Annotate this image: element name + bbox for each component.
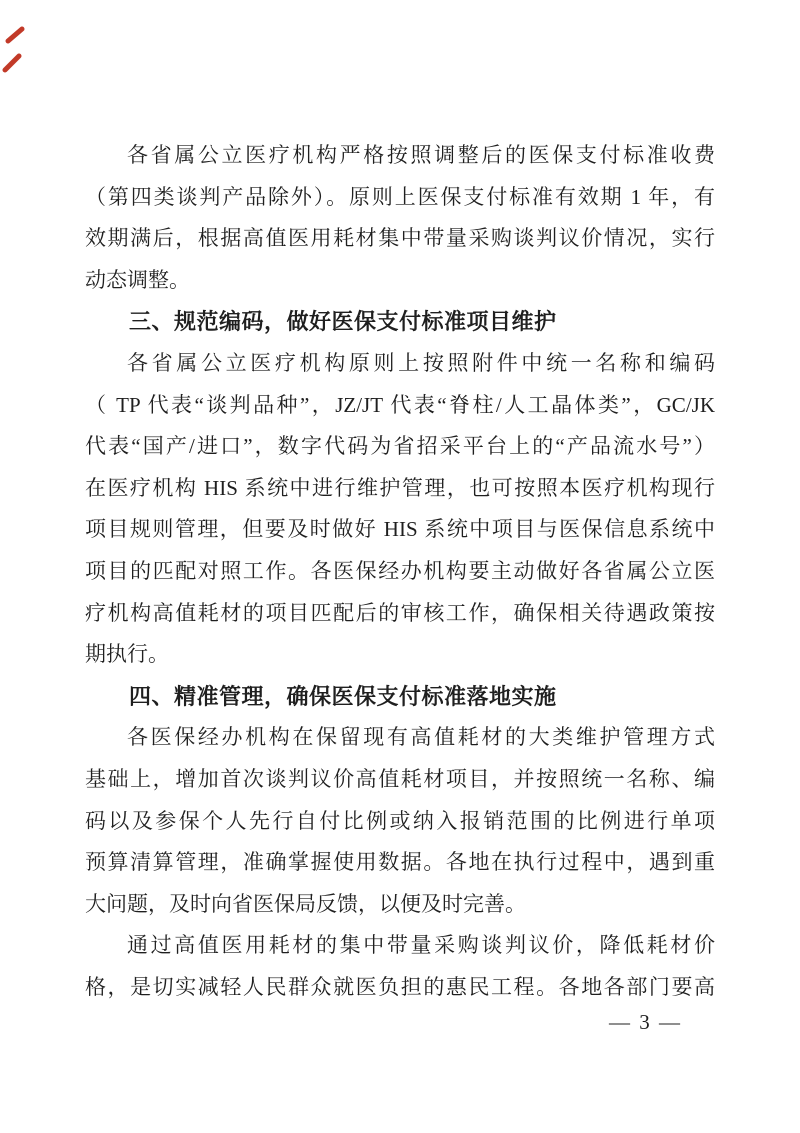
document-page: 各省属公立医疗机构严格按照调整后的医保支付标准收费（第四类谈判产品除外）。原则上… (0, 0, 800, 1133)
text-line: 各省属公立医疗机构原则上按照附件中统一名称和编码 (85, 343, 715, 385)
document-body: 各省属公立医疗机构严格按照调整后的医保支付标准收费（第四类谈判产品除外）。原则上… (85, 135, 715, 1008)
red-stamp-icon (2, 24, 28, 82)
section-heading: 三、规范编码，做好医保支付标准项目维护 (85, 301, 715, 343)
text-line: 期执行。 (85, 634, 715, 676)
text-line: 大问题，及时向省医保局反馈，以便及时完善。 (85, 884, 715, 926)
text-line: 动态调整。 (85, 260, 715, 302)
text-line: 格，是切实减轻人民群众就医负担的惠民工程。各地各部门要高 (85, 967, 715, 1009)
text-line: 码以及参保个人先行自付比例或纳入报销范围的比例进行单项 (85, 801, 715, 843)
text-line: 项目规则管理，但要及时做好 HIS 系统中项目与医保信息系统中 (85, 509, 715, 551)
text-line: （第四类谈判产品除外）。原则上医保支付标准有效期 1 年，有 (85, 177, 715, 219)
text-line: 疗机构高值耗材的项目匹配后的审核工作，确保相关待遇政策按 (85, 593, 715, 635)
text-line: 在医疗机构 HIS 系统中进行维护管理，也可按照本医疗机构现行 (85, 468, 715, 510)
red-stamp-marks (2, 24, 28, 82)
section-heading: 四、精准管理，确保医保支付标准落地实施 (85, 676, 715, 718)
text-line: 基础上，增加首次谈判议价高值耗材项目，并按照统一名称、编 (85, 759, 715, 801)
text-line: 通过高值医用耗材的集中带量采购谈判议价，降低耗材价 (85, 925, 715, 967)
text-line: （ TP 代表“谈判品种”，JZ/JT 代表“脊柱/人工晶体类”，GC/JK (85, 385, 715, 427)
text-line: 效期满后，根据高值医用耗材集中带量采购谈判议价情况，实行 (85, 218, 715, 260)
text-line: 代表“国产/进口”，数字代码为省招采平台上的“产品流水号”） (85, 426, 715, 468)
page-number: — 3 — (609, 1010, 682, 1035)
text-line: 各省属公立医疗机构严格按照调整后的医保支付标准收费 (85, 135, 715, 177)
text-line: 预算清算管理，准确掌握使用数据。各地在执行过程中，遇到重 (85, 842, 715, 884)
text-line: 项目的匹配对照工作。各医保经办机构要主动做好各省属公立医 (85, 551, 715, 593)
text-line: 各医保经办机构在保留现有高值耗材的大类维护管理方式 (85, 717, 715, 759)
